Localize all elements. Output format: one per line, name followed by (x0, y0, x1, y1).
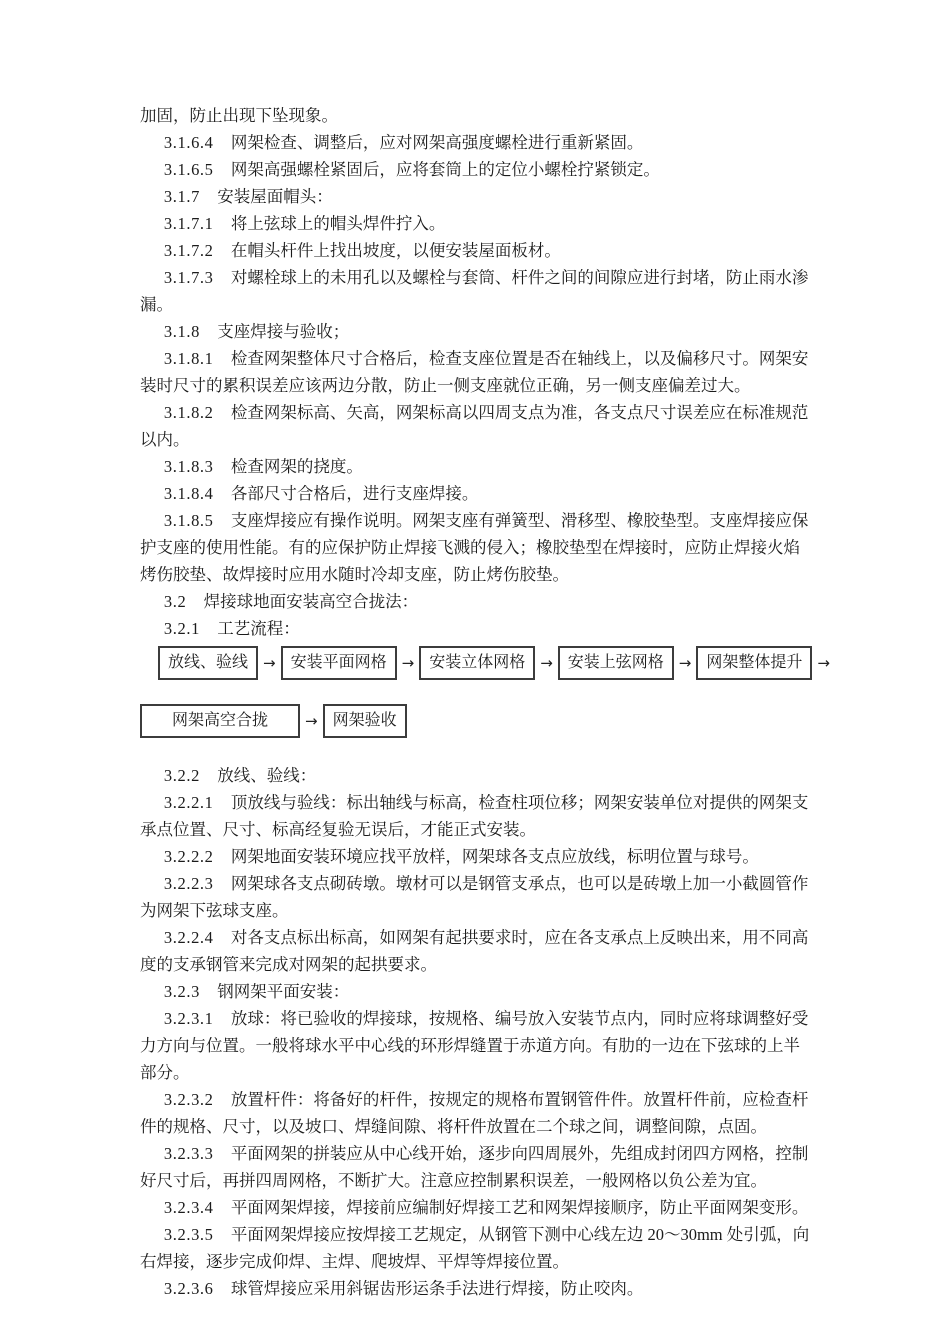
continuation-line: 加固，防止出现下坠现象。 (140, 102, 814, 129)
clause-3-2-2-4: 3.2.2.4对各支点标出标高，如网架有起拱要求时，应在各支承点上反映出来，用不… (140, 924, 814, 978)
clause-number: 3.1.8.1 (164, 349, 214, 368)
clause-text: 网架球各支点砌砖墩。墩材可以是钢管支承点，也可以是砖墩上加一小截圆管作为网架下弦… (140, 874, 808, 920)
clause-number: 3.2.3.4 (164, 1198, 214, 1217)
flow-step-install-top-chord-grid: 安装上弦网格 (558, 646, 674, 680)
flow-step-set-out-lines: 放线、验线 (158, 646, 258, 680)
clause-number: 3.2 (164, 592, 186, 611)
arrow-right-icon: → (674, 650, 697, 677)
flow-step-high-altitude-closure: 网架高空合拢 (140, 704, 300, 738)
clause-3-1-6-4: 3.1.6.4网架检查、调整后，应对网架高强度螺栓进行重新紧固。 (140, 129, 814, 156)
clause-number: 3.2.3.3 (164, 1144, 214, 1163)
clause-text: 对各支点标出标高，如网架有起拱要求时，应在各支承点上反映出来，用不同高度的支承钢… (140, 928, 808, 974)
clause-number: 3.1.8.5 (164, 511, 214, 530)
clause-text: 放球：将已验收的焊接球，按规格、编号放入安装节点内，同时应将球调整好受力方向与位… (140, 1009, 808, 1082)
clause-3-2-3-1: 3.2.3.1放球：将已验收的焊接球，按规格、编号放入安装节点内，同时应将球调整… (140, 1005, 814, 1086)
clause-3-2-3-4: 3.2.3.4平面网架焊接，焊接前应编制好焊接工艺和网架焊接顺序，防止平面网架变… (140, 1194, 814, 1221)
clause-text: 网架地面安装环境应找平放样，网架球各支点应放线，标明位置与球号。 (231, 847, 759, 866)
clause-3-2-3-3: 3.2.3.3平面网架的拼装应从中心线开始，逐步向四周展外，先组成封闭四方网格，… (140, 1140, 814, 1194)
flow-step-grid-acceptance: 网架验收 (323, 704, 407, 738)
clause-number: 3.1.7.3 (164, 268, 214, 287)
clause-3-1-8-2: 3.1.8.2检查网架标高、矢高，网架标高以四周支点为准，各支点尺寸误差应在标准… (140, 399, 814, 453)
clause-3-2-3-5: 3.2.3.5平面网架焊接应按焊接工艺规定，从钢管下测中心线左边 20～30mm… (140, 1221, 814, 1275)
clause-text: 将上弦球上的帽头焊件拧入。 (231, 214, 446, 233)
clause-3-1-6-5: 3.1.6.5网架高强螺栓紧固后，应将套筒上的定位小螺栓拧紧锁定。 (140, 156, 814, 183)
clause-number: 3.1.7.2 (164, 241, 214, 260)
clause-3-1-7-3: 3.1.7.3对螺栓球上的未用孔以及螺栓与套筒、杆件之间的间隙应进行封堵，防止雨… (140, 264, 814, 318)
clause-number: 3.2.1 (164, 619, 200, 638)
clause-number: 3.2.3.2 (164, 1090, 214, 1109)
clause-3-2-2: 3.2.2放线、验线： (140, 762, 814, 789)
clause-number: 3.1.8.2 (164, 403, 214, 422)
clause-text: 对螺栓球上的未用孔以及螺栓与套筒、杆件之间的间隙应进行封堵，防止雨水渗漏。 (140, 268, 808, 314)
clause-text: 各部尺寸合格后，进行支座焊接。 (231, 484, 479, 503)
clause-3-2-1: 3.2.1工艺流程： (140, 615, 814, 642)
flowchart-row-1: 放线、验线 → 安装平面网格 → 安装立体网格 → 安装上弦网格 → 网架整体提… (158, 646, 840, 680)
flowchart-row-2: 网架高空合拢 → 网架验收 (140, 704, 840, 738)
clause-3-1-8-4: 3.1.8.4各部尺寸合格后，进行支座焊接。 (140, 480, 814, 507)
clause-number: 3.2.2.1 (164, 793, 214, 812)
clause-3-1-7: 3.1.7安装屋面帽头： (140, 183, 814, 210)
clause-text: 检查网架标高、矢高，网架标高以四周支点为准，各支点尺寸误差应在标准规范以内。 (140, 403, 808, 449)
clause-3-2-2-1: 3.2.2.1顶放线与验线：标出轴线与标高，检查柱项位移；网架安装单位对提供的网… (140, 789, 814, 843)
clause-text: 网架高强螺栓紧固后，应将套筒上的定位小螺栓拧紧锁定。 (231, 160, 660, 179)
clause-text: 顶放线与验线：标出轴线与标高，检查柱项位移；网架安装单位对提供的网架支承点位置、… (140, 793, 808, 839)
arrow-right-icon: → (258, 650, 281, 677)
clause-text: 工艺流程： (217, 619, 300, 638)
clause-text: 检查网架整体尺寸合格后，检查支座位置是否在轴线上，以及偏移尺寸。网架安装时尺寸的… (140, 349, 808, 395)
clause-3-1-7-2: 3.1.7.2在帽头杆件上找出坡度，以便安装屋面板材。 (140, 237, 814, 264)
clause-3-1-8-1: 3.1.8.1检查网架整体尺寸合格后，检查支座位置是否在轴线上，以及偏移尺寸。网… (140, 345, 814, 399)
clause-3-1-8-5: 3.1.8.5支座焊接应有操作说明。网架支座有弹簧型、滑移型、橡胶垫型。支座焊接… (140, 507, 814, 588)
clause-text: 平面网架的拼装应从中心线开始，逐步向四周展外，先组成封闭四方网格，控制好尺寸后，… (140, 1144, 808, 1190)
clause-number: 3.1.8.3 (164, 457, 214, 476)
clause-number: 3.1.7 (164, 187, 200, 206)
clause-number: 3.2.3.6 (164, 1279, 214, 1298)
clause-number: 3.2.2.4 (164, 928, 214, 947)
clause-3-1-8: 3.1.8支座焊接与验收； (140, 318, 814, 345)
clause-text: 平面网架焊接，焊接前应编制好焊接工艺和网架焊接顺序，防止平面网架变形。 (231, 1198, 809, 1217)
clause-text: 加固，防止出现下坠现象。 (140, 106, 338, 125)
clause-3-2-3-6: 3.2.3.6球管焊接应采用斜锯齿形运条手法进行焊接，防止咬肉。 (140, 1275, 814, 1302)
clause-number: 3.1.8.4 (164, 484, 214, 503)
clause-text: 球管焊接应采用斜锯齿形运条手法进行焊接，防止咬肉。 (231, 1279, 644, 1298)
clause-number: 3.2.3.5 (164, 1225, 214, 1244)
arrow-right-icon: → (812, 650, 835, 677)
clause-3-1-7-1: 3.1.7.1将上弦球上的帽头焊件拧入。 (140, 210, 814, 237)
flow-step-install-solid-grid: 安装立体网格 (419, 646, 535, 680)
clause-text: 焊接球地面安装高空合拢法： (204, 592, 419, 611)
clause-text: 检查网架的挠度。 (231, 457, 363, 476)
flow-step-install-plane-grid: 安装平面网格 (281, 646, 397, 680)
clause-3-1-8-3: 3.1.8.3检查网架的挠度。 (140, 453, 814, 480)
clause-text: 支座焊接与验收； (217, 322, 349, 341)
document-page: 加固，防止出现下坠现象。 3.1.6.4网架检查、调整后，应对网架高强度螺栓进行… (0, 0, 950, 1344)
clause-3-2-3: 3.2.3钢网架平面安装： (140, 978, 814, 1005)
clause-number: 3.2.2.2 (164, 847, 214, 866)
clause-number: 3.2.2.3 (164, 874, 214, 893)
clause-text: 安装屋面帽头： (217, 187, 333, 206)
clause-number: 3.2.3 (164, 982, 200, 1001)
clause-number: 3.1.6.4 (164, 133, 214, 152)
clause-3-2-3-2: 3.2.3.2放置杆件：将备好的杆件，按规定的规格布置钢管件件。放置杆件前，应检… (140, 1086, 814, 1140)
clause-number: 3.2.3.1 (164, 1009, 214, 1028)
clause-number: 3.1.7.1 (164, 214, 214, 233)
process-flowchart: 放线、验线 → 安装平面网格 → 安装立体网格 → 安装上弦网格 → 网架整体提… (140, 646, 840, 738)
clause-text: 平面网架焊接应按焊接工艺规定，从钢管下测中心线左边 20～30mm 处引弧，向右… (140, 1225, 809, 1271)
clause-3-2: 3.2焊接球地面安装高空合拢法： (140, 588, 814, 615)
clause-text: 支座焊接应有操作说明。网架支座有弹簧型、滑移型、橡胶垫型。支座焊接应保护支座的使… (140, 511, 808, 584)
clause-text: 放线、验线： (217, 766, 316, 785)
arrow-right-icon: → (397, 650, 420, 677)
clause-text: 放置杆件：将备好的杆件，按规定的规格布置钢管件件。放置杆件前，应检查杆件的规格、… (140, 1090, 808, 1136)
clause-text: 在帽头杆件上找出坡度，以便安装屋面板材。 (231, 241, 561, 260)
clause-3-2-2-2: 3.2.2.2网架地面安装环境应找平放样，网架球各支点应放线，标明位置与球号。 (140, 843, 814, 870)
arrow-right-icon: → (535, 650, 558, 677)
arrow-right-icon: → (300, 708, 323, 735)
clause-number: 3.1.8 (164, 322, 200, 341)
clause-text: 网架检查、调整后，应对网架高强度螺栓进行重新紧固。 (231, 133, 644, 152)
clause-number: 3.2.2 (164, 766, 200, 785)
flow-step-lift-whole-grid: 网架整体提升 (696, 646, 812, 680)
clause-text: 钢网架平面安装： (217, 982, 349, 1001)
clause-3-2-2-3: 3.2.2.3网架球各支点砌砖墩。墩材可以是钢管支承点，也可以是砖墩上加一小截圆… (140, 870, 814, 924)
clause-number: 3.1.6.5 (164, 160, 214, 179)
